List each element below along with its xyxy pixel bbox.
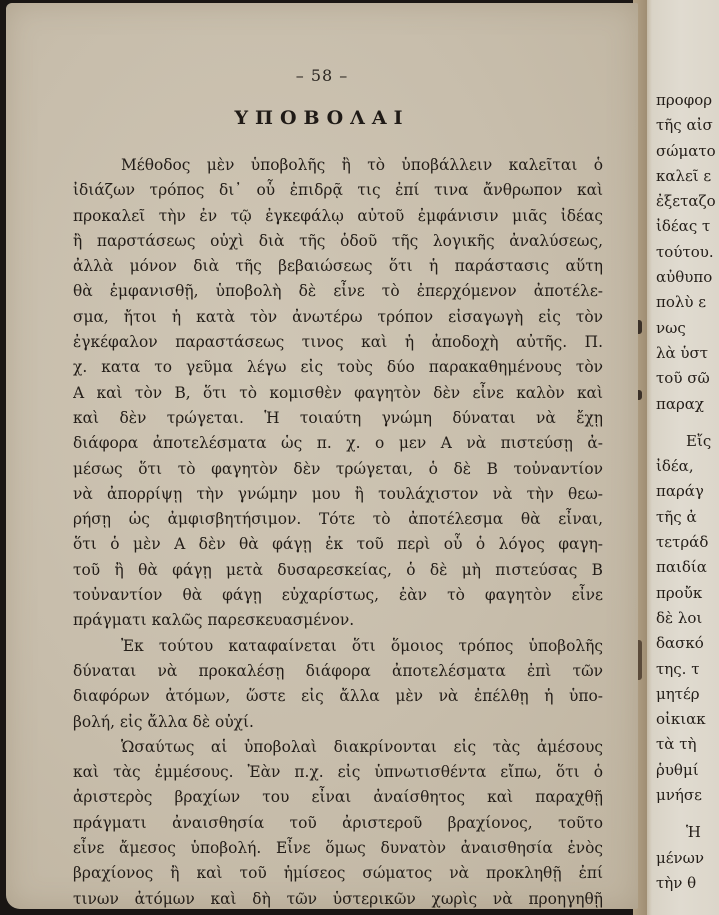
text-line: σμα, ἤτοι ἡ κατὰ τὸν ἀνωτέρω τρόπον εἰσα… <box>73 305 603 330</box>
adjacent-text-line: προὔκ <box>656 581 719 606</box>
text-line: ἢ παρστάσεως οὐχὶ διὰ τῆς ὁδοῦ τῆς λογικ… <box>73 229 603 254</box>
adjacent-text-line: τῆς ἀ <box>656 505 719 530</box>
adjacent-text-line: αὐθυπο <box>656 265 719 290</box>
page-body-text: Μέθοδος μὲν ὑποβολῆς ἢ τὸ ὑποβάλλειν καλ… <box>73 153 603 912</box>
adjacent-text-line: παραχ <box>656 392 719 417</box>
text-line: ἐγκέφαλον παραστάσεως τινος καὶ ἡ ἀποδοχ… <box>73 330 603 355</box>
adjacent-text-line <box>656 417 719 429</box>
text-line: Ὡσαύτως αἱ ὑποβολαὶ διακρίνονται εἰς τὰς… <box>73 735 603 760</box>
text-line: διάφορα ἀποτελέσματα ὡς π. χ. ο μεν Α νὰ… <box>73 431 603 456</box>
adjacent-text-line: ἰδέα, <box>656 454 719 479</box>
adjacent-text-line: τετράδ <box>656 530 719 555</box>
adjacent-text-line: παράγ <box>656 479 719 504</box>
book-page: – 58 – ΥΠΟΒΟΛΑΙ Μέθοδος μὲν ὑποβολῆς ἢ τ… <box>6 3 638 909</box>
adjacent-text-line <box>656 808 719 820</box>
adjacent-text-line: τῆς αἰσ <box>656 113 719 138</box>
adjacent-page: προφορτῆς αἰσσώματοκαλεῖ εἐξεταζοἰδέας τ… <box>640 0 719 915</box>
text-line: εἶνε ἄμεσος ὑποβολή. Εἶνε ὅμως δυνατὸν ἀ… <box>73 836 603 861</box>
adjacent-text-line: οἰκιακ <box>656 707 719 732</box>
adjacent-text-line: προφορ <box>656 88 719 113</box>
adjacent-text-line: ῥυθμί <box>656 758 719 783</box>
text-line: χ. κατα το γεῦμα λέγω εἰς τοὺς δύο παρακ… <box>73 355 603 380</box>
text-line: ἀλλὰ μόνον διὰ τῆς βεβαιώσεως ὅτι ἡ παρά… <box>73 254 603 279</box>
text-line: Ἐκ τούτου καταφαίνεται ὅτι ὅμοιος τρόπος… <box>73 634 603 659</box>
adjacent-text-line: καλεῖ ε <box>656 164 719 189</box>
text-line: ἀριστερὸς βραχίων του εἶναι ἀναίσθητος κ… <box>73 785 603 810</box>
adjacent-text-line: μητέρ <box>656 682 719 707</box>
text-line: τοὐναντίον θὰ φάγῃ εὐχαρίστως, ἐὰν τὸ φα… <box>73 583 603 608</box>
text-line: διαφόρων ἀτόμων, ὥστε εἰς ἄλλα μὲν νὰ ἐπ… <box>73 684 603 709</box>
text-line: καὶ δὲν τρώγεται. Ἡ τοιαύτη γνώμη δύνατα… <box>73 406 603 431</box>
adjacent-text-line: ἐξεταζο <box>656 189 719 214</box>
text-line: νὰ ἀπορρίψῃ τὴν γνώμην μου ἢ τουλάχιστον… <box>73 482 603 507</box>
text-line: τοῦ ἢ θὰ φάγῃ μετὰ δυσαρεσκείας, ὁ δὲ μὴ… <box>73 558 603 583</box>
adjacent-text-line: δασκό <box>656 631 719 656</box>
adjacent-text-line: τὴν θ <box>656 871 719 896</box>
text-line: Μέθοδος μὲν ὑποβολῆς ἢ τὸ ὑποβάλλειν καλ… <box>73 153 603 178</box>
adjacent-text-line: μνήσε <box>656 783 719 808</box>
text-line: θὰ ἐμφανισθῇ, ὑποβολὴ δὲ εἶνε τὸ ἐπερχόμ… <box>73 279 603 304</box>
adjacent-text-line: μένων <box>656 846 719 871</box>
adjacent-text-line: Εἴς <box>656 429 719 454</box>
chapter-title: ΥΠΟΒΟΛΑΙ <box>6 107 638 129</box>
adjacent-text-line: πολὺ ε <box>656 290 719 315</box>
adjacent-text-line: παιδία <box>656 555 719 580</box>
text-line: δύναται νὰ προκαλέσῃ διάφορα ἀποτελέσματ… <box>73 659 603 684</box>
text-line: τινων ἀτόμων καὶ δὴ τῶν ὑστερικῶν χωρὶς … <box>73 887 603 912</box>
adjacent-text-line: τοῦ σῶ <box>656 366 719 391</box>
adjacent-text-line: τούτου. <box>656 240 719 265</box>
adjacent-text-line: σώματο <box>656 139 719 164</box>
adjacent-text-line: δὲ λοι <box>656 606 719 631</box>
adjacent-text-line: νως <box>656 316 719 341</box>
page-number: – 58 – <box>6 66 638 85</box>
text-line: ἰδιάζων τρόπος δι᾿ οὗ ἐπιδρᾷ τις ἐπί τιν… <box>73 178 603 203</box>
text-line: μέσως ὅτι τὸ φαγητὸν δὲν τρώγεται, ὁ δὲ … <box>73 457 603 482</box>
adjacent-text-line: Ἡ <box>656 820 719 845</box>
adjacent-text-line: της. τ <box>656 657 719 682</box>
text-line: καὶ τὰς ἐμμέσους. Ἐὰν π.χ. εἰς ὑπνωτισθέ… <box>73 760 603 785</box>
text-line: βραχίονος ἢ καὶ τοῦ ἡμίσεος σώματος νὰ π… <box>73 861 603 886</box>
text-line: ὅτι ὁ μὲν Α δὲν θὰ φάγῃ ἐκ τοῦ περὶ οὗ ὁ… <box>73 532 603 557</box>
text-line: βολή, εἰς ἄλλα δὲ οὐχί. <box>73 710 603 735</box>
adjacent-text-line: λὰ ὑστ <box>656 341 719 366</box>
text-line: πράγματι ἀναισθησία τοῦ ἀριστεροῦ βραχίο… <box>73 811 603 836</box>
adjacent-page-text: προφορτῆς αἰσσώματοκαλεῖ εἐξεταζοἰδέας τ… <box>656 88 719 896</box>
adjacent-text-line: τὰ τὴ <box>656 732 719 757</box>
text-line: προκαλεῖ τὴν ἐν τῷ ἐγκεφάλῳ αὐτοῦ ἐμφάνι… <box>73 204 603 229</box>
text-line: Α καὶ τὸν Β, ὅτι τὸ κομισθὲν φαγητὸν δὲν… <box>73 381 603 406</box>
text-line: πράγματι καλῶς παρεσκευασμένον. <box>73 608 603 633</box>
adjacent-text-line: ἰδέας τ <box>656 214 719 239</box>
text-line: ρήσῃ ὡς ἀμφισβητήσιμον. Τότε τὸ ἀποτέλεσ… <box>73 507 603 532</box>
